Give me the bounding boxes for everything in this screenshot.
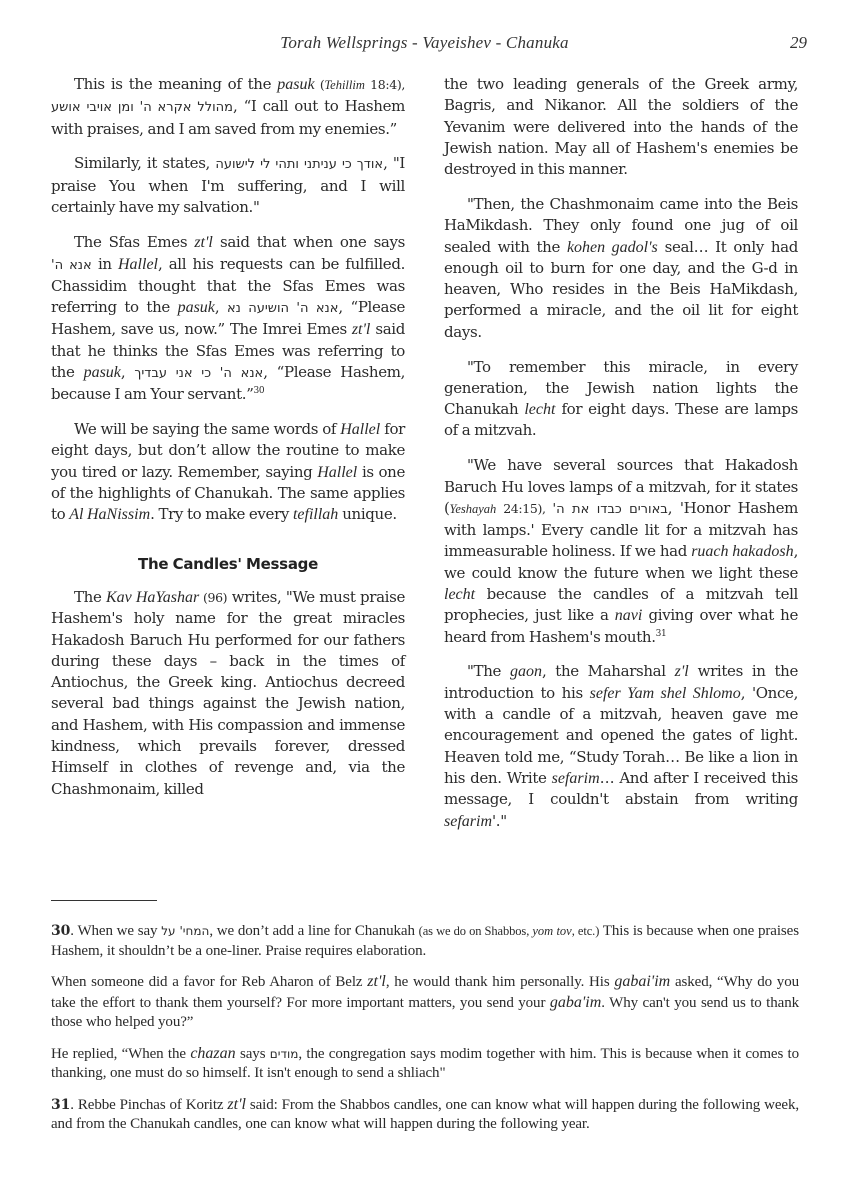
footnote-31: 31. Rebbe Pinchas of Koritz zt'l said: F… <box>51 1095 799 1135</box>
term-al-hanissim: Al HaNissim <box>69 506 150 523</box>
text: The Sfas Emes <box>74 233 194 251</box>
term-gabaim: gaba'im <box>550 994 601 1011</box>
footnote-ref-31[interactable]: 31 <box>656 629 667 639</box>
left-column: This is the meaning of the pasuk (Tehill… <box>51 74 405 813</box>
footnote-number: 31 <box>51 1097 70 1113</box>
term-tefillah: tefillah <box>293 506 338 523</box>
paragraph-sfas-emes: The Sfas Emes zt'l said that when one sa… <box>51 232 405 405</box>
term-lecht: lecht <box>524 401 555 418</box>
hebrew-quote: מודים <box>270 1047 299 1061</box>
honorific: zt'l <box>227 1096 246 1113</box>
footnote-ref-30[interactable]: 30 <box>254 386 265 396</box>
paragraph-kav-hayashar: The Kav HaYashar (96) writes, "We must p… <box>51 587 405 800</box>
term-sefarim: sefarim <box>552 770 600 787</box>
footnotes: 30. When we say המחי' על, we don’t add a… <box>51 922 799 1146</box>
text: said that when one says <box>213 233 405 251</box>
honorific: zt'l <box>194 234 213 251</box>
term-navi: navi <box>615 607 643 624</box>
term-pasuk: pasuk <box>277 76 314 93</box>
term-yom-tov: yom tov <box>532 924 571 938</box>
term-pasuk: pasuk <box>84 364 121 381</box>
paragraph-maharshal: "The gaon, the Maharshal z'l writes in t… <box>444 661 798 831</box>
term-hallel: Hallel <box>118 256 158 273</box>
text: (as we do on Shabbos, <box>419 924 533 938</box>
hebrew-quote: באורים כבדו את ה' <box>553 502 668 517</box>
section-heading: The Candles' Message <box>51 554 405 575</box>
text: "The <box>467 662 510 680</box>
text: , <box>215 298 227 316</box>
paragraph-tehillim: This is the meaning of the pasuk (Tehill… <box>51 74 405 140</box>
text: , he would thank him personally. His <box>386 974 615 990</box>
footnote-number: 30 <box>51 923 70 939</box>
paragraph-chashmonaim: "Then, the Chashmonaim came into the Bei… <box>444 194 798 343</box>
term-gaon: gaon <box>510 663 542 680</box>
paragraph-similarly: Similarly, it states, אודך כי עניתני ותה… <box>51 153 405 218</box>
term-lecht: lecht <box>444 586 475 603</box>
term-chazan: chazan <box>190 1045 235 1062</box>
hebrew-quote: המחי' על <box>161 924 209 938</box>
paragraph-hallel: We will be saying the same words of Hall… <box>51 419 405 525</box>
text: ( <box>315 77 325 92</box>
text: . When we say <box>70 923 161 939</box>
term-kohen-gadol: kohen gadol's <box>567 239 658 256</box>
term-ruach-hakadosh: ruach hakadosh <box>691 543 793 560</box>
text: He replied, “When the <box>51 1046 190 1062</box>
source-citation: Yeshayah <box>450 502 497 516</box>
footnote-30: 30. When we say המחי' על, we don’t add a… <box>51 922 799 961</box>
footnote-30-belz: When someone did a favor for Reb Aharon … <box>51 972 799 1033</box>
text: in <box>92 255 118 273</box>
honorific: zt'l <box>352 321 371 338</box>
paragraph-generals: the two leading generals of the Greek ar… <box>444 74 798 180</box>
term-sefarim: sefarim <box>444 813 492 830</box>
text: writes, "We must praise Hashem's holy na… <box>51 588 405 798</box>
text: , etc.) <box>572 924 600 938</box>
hebrew-quote: אנא ה' כי אני עבדיך <box>134 366 263 381</box>
hebrew-quote: אודך כי עניתני ותהי לי לישועה <box>215 157 383 172</box>
paragraph-remember: "To remember this miracle, in every gene… <box>444 357 798 442</box>
text: This is the meaning of the <box>74 75 277 93</box>
hebrew-quote: אנא ה' <box>51 258 92 273</box>
text: says <box>236 1046 270 1062</box>
text: , the Maharshal <box>542 662 675 680</box>
text: '." <box>492 812 507 830</box>
source-title: sefer Yam shel Shlomo <box>590 685 741 702</box>
text: , <box>121 363 134 381</box>
right-column: the two leading generals of the Greek ar… <box>444 74 798 845</box>
hebrew-quote: אנא ה' הושיעה נא <box>227 301 338 316</box>
text: (96) <box>199 590 227 605</box>
text: We will be saying the same words of <box>74 420 340 438</box>
source-citation: Tehillim <box>324 78 365 92</box>
text: 24:15), <box>496 501 552 516</box>
page-number: 29 <box>790 33 807 53</box>
book-title: Torah Wellsprings - Vayeishev - Chanuka <box>0 33 849 53</box>
text: Similarly, it states, <box>74 154 215 172</box>
footnote-30-reply: He replied, “When the chazan says מודים,… <box>51 1044 799 1084</box>
text: , we don’t add a line for Chanukah <box>209 923 418 939</box>
term-pasuk: pasuk <box>178 299 215 316</box>
text: . Try to make every <box>150 505 293 523</box>
source-title: Kav HaYashar <box>106 589 199 606</box>
footnote-divider <box>51 900 157 901</box>
term-hallel: Hallel <box>317 464 357 481</box>
text: . Rebbe Pinchas of Koritz <box>70 1097 227 1113</box>
text: unique. <box>338 505 397 523</box>
text: 18:4), <box>365 77 405 92</box>
honorific: zt'l <box>367 973 386 990</box>
term-hallel: Hallel <box>340 421 380 438</box>
hebrew-quote: מהולל אקרא ה' ומן אויבי אושע <box>51 100 233 115</box>
honorific: z'l <box>675 663 689 680</box>
text: When someone did a favor for Reb Aharon … <box>51 974 367 990</box>
paragraph-sources: "We have several sources that Hakadosh B… <box>444 455 798 648</box>
term-gabaim: gabai'im <box>614 973 670 990</box>
text: The <box>74 588 106 606</box>
